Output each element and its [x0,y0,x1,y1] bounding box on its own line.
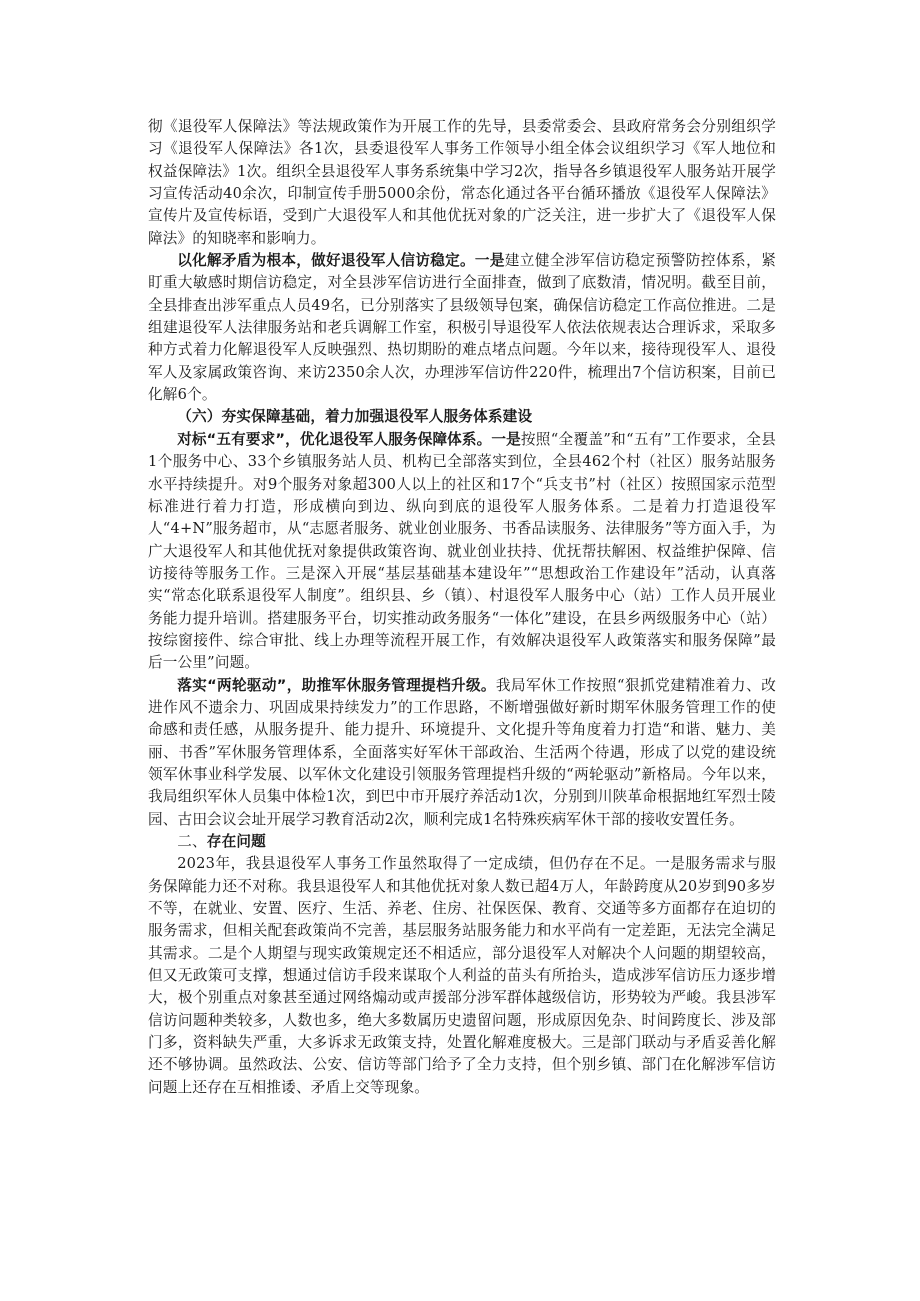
paragraph-two-wheel-drive: 落实“两轮驱动”，助推军休服务管理提档升级。我局军休工作按照“狠抓党建精准着力、… [148,675,776,831]
paragraph-petition-stability: 以化解矛盾为根本，做好退役军人信访稳定。一是建立健全涉军信访稳定预警防控体系，紧… [148,250,776,406]
paragraph-text: 我局军休工作按照“狠抓党建精准着力、改进作风不遗余力、巩固成果持续发力”的工作思… [148,677,776,828]
paragraph-lead-bold: 落实“两轮驱动”，助推军休服务管理提档升级。 [177,677,496,694]
subheading-text: （六）夯实保障基础，着力加强退役军人服务体系建设 [177,408,532,425]
paragraph-service-system: 对标“五有要求”，优化退役军人服务保障体系。一是按照“全覆盖”和“五有”工作要求… [148,429,776,675]
subheading-six: （六）夯实保障基础，着力加强退役军人服务体系建设 [148,406,776,428]
paragraph-text: 按照“全覆盖”和“五有”工作要求，全县1个服务中心、33个乡镇服务站人员、机构已… [148,431,776,671]
section-heading-problems: 二、存在问题 [148,831,776,853]
paragraph-text: 彻《退役军人保障法》等法规政策作为开展工作的先导，县委常委会、县政府常务会分别组… [148,118,776,247]
paragraph-lead-bold: 以化解矛盾为根本，做好退役军人信访稳定。一是 [177,252,505,269]
paragraph-law-study-continuation: 彻《退役军人保障法》等法规政策作为开展工作的先导，县委常委会、县政府常务会分别组… [148,116,776,250]
paragraph-text: 2023年，我县退役军人事务工作虽然取得了一定成绩，但仍存在不足。一是服务需求与… [148,855,776,1095]
paragraph-problems-body: 2023年，我县退役军人事务工作虽然取得了一定成绩，但仍存在不足。一是服务需求与… [148,853,776,1099]
section-title: 存在问题 [207,833,266,850]
paragraph-lead-bold: 对标“五有要求”，优化退役军人服务保障体系。一是 [177,431,521,448]
paragraph-text: 建立健全涉军信访稳定预警防控体系，紧盯重大敏感时期信访稳定，对全县涉军信访进行全… [148,252,776,403]
section-prefix: 二、 [177,833,207,850]
document-page: 彻《退役军人保障法》等法规政策作为开展工作的先导，县委常委会、县政府常务会分别组… [148,116,776,1099]
